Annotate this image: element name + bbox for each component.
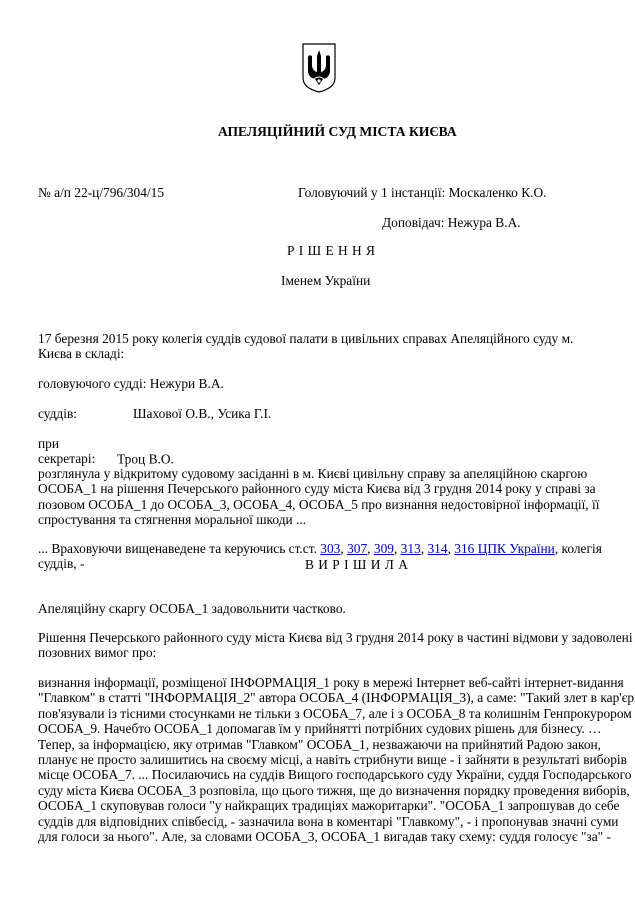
article-313-link[interactable]: 313 xyxy=(401,541,421,556)
recognition-paragraph: визнання інформації, розміщеної ІНФОРМАЦ… xyxy=(38,675,598,844)
article-314-link[interactable]: 314 xyxy=(427,541,447,556)
text-line: планує не просто залишитись на своєму мі… xyxy=(38,752,598,767)
text-line: пов'язували із тісними стосунками не тіл… xyxy=(38,706,598,721)
case-number: № а/п 22-ц/796/304/15 xyxy=(38,185,164,200)
article-309-link[interactable]: 309 xyxy=(374,541,394,556)
ukraine-coat-of-arms-icon xyxy=(301,42,337,94)
article-307-link[interactable]: 307 xyxy=(347,541,367,556)
text-line: визнання інформації, розміщеної ІНФОРМАЦ… xyxy=(38,675,598,690)
guided-suffix: , колегія xyxy=(555,541,602,556)
text-line: Апеляційну скаргу ОСОБА_1 задовольнити ч… xyxy=(38,601,598,616)
court-name-heading: АПЕЛЯЦІЙНИЙ СУД МІСТА КИЄВА xyxy=(218,124,457,139)
secretary-row: при секретарі:Троц В.О. xyxy=(38,436,598,467)
appeal-ruling: Апеляційну скаргу ОСОБА_1 задовольнити ч… xyxy=(38,601,598,616)
intro-paragraph: 17 березня 2015 року колегія суддів судо… xyxy=(38,331,598,362)
text-line: ... Враховуючи вищенаведене та керуючись… xyxy=(38,541,598,556)
text-line: суддів для відповідних співбесід, - зазн… xyxy=(38,814,598,829)
secretary-value: Троц В.О. xyxy=(117,451,174,466)
article-316-cpc-link[interactable]: 316 ЦПК України xyxy=(454,541,555,556)
text-line: Рішення Печерського районного суду міста… xyxy=(38,630,598,645)
text-line: ОСОБА_1 скуповував голоси "у найкращих т… xyxy=(38,798,598,813)
text-line: для голоси за нього". Але, за словами ОС… xyxy=(38,829,598,844)
presiding-judge-row: головуючого судді: Нежури В.А. xyxy=(38,376,598,391)
judges-label: суддів: xyxy=(38,406,133,421)
text-line: суду міста Києва ОСОБА_3 розповіла, що ц… xyxy=(38,783,598,798)
in-the-name-of-ukraine: Іменем України xyxy=(281,273,370,288)
judges-row: суддів:Шахової О.В., Усика Г.І. xyxy=(38,406,598,421)
considered-paragraph: розглянула у відкритому судовому засідан… xyxy=(38,466,598,528)
text-line: Києва в складі: xyxy=(38,346,598,361)
presiding-first-instance: Головуючий у 1 інстанції: Москаленко К.О… xyxy=(298,185,547,200)
presiding-value: Нежури В.А. xyxy=(150,376,224,391)
text-line: позовом ОСОБА_1 до ОСОБА_3, ОСОБА_4, ОСО… xyxy=(38,497,598,512)
text-line: ОСОБА_1 на рішення Печерського районного… xyxy=(38,481,598,496)
text-line: 17 березня 2015 року колегія суддів судо… xyxy=(38,331,598,346)
text-line: "Главком" в статті "ІНФОРМАЦІЯ_2" автора… xyxy=(38,690,598,705)
document-type-title: Р І Ш Е Н Н Я xyxy=(287,243,375,258)
text-line: розглянула у відкритому судовому засідан… xyxy=(38,466,598,481)
guided-prefix: ... Враховуючи вищенаведене та керуючись… xyxy=(38,541,320,556)
text-line: ОСОБА_9. Начебто ОСОБА_1 допомагав їм у … xyxy=(38,721,598,736)
reporter-judge: Доповідач: Нежура В.А. xyxy=(382,215,521,230)
judges-value: Шахової О.В., Усика Г.І. xyxy=(133,406,271,421)
secretary-label: при секретарі: xyxy=(38,436,117,467)
presiding-label: головуючого судді: xyxy=(38,376,150,391)
text-line: місце ОСОБА_7. ... Посилаючись на суддів… xyxy=(38,767,598,782)
decision-paragraph: Рішення Печерського районного суду міста… xyxy=(38,630,598,661)
text-line: Тепер, за інформацією, яку отримав "Глав… xyxy=(38,737,598,752)
decided-title: В И Р І Ш И Л А xyxy=(305,557,408,572)
article-303-link[interactable]: 303 xyxy=(320,541,340,556)
text-line: позовних вимог про: xyxy=(38,645,598,660)
text-line: спростування та стягнення моральної шкод… xyxy=(38,512,598,527)
